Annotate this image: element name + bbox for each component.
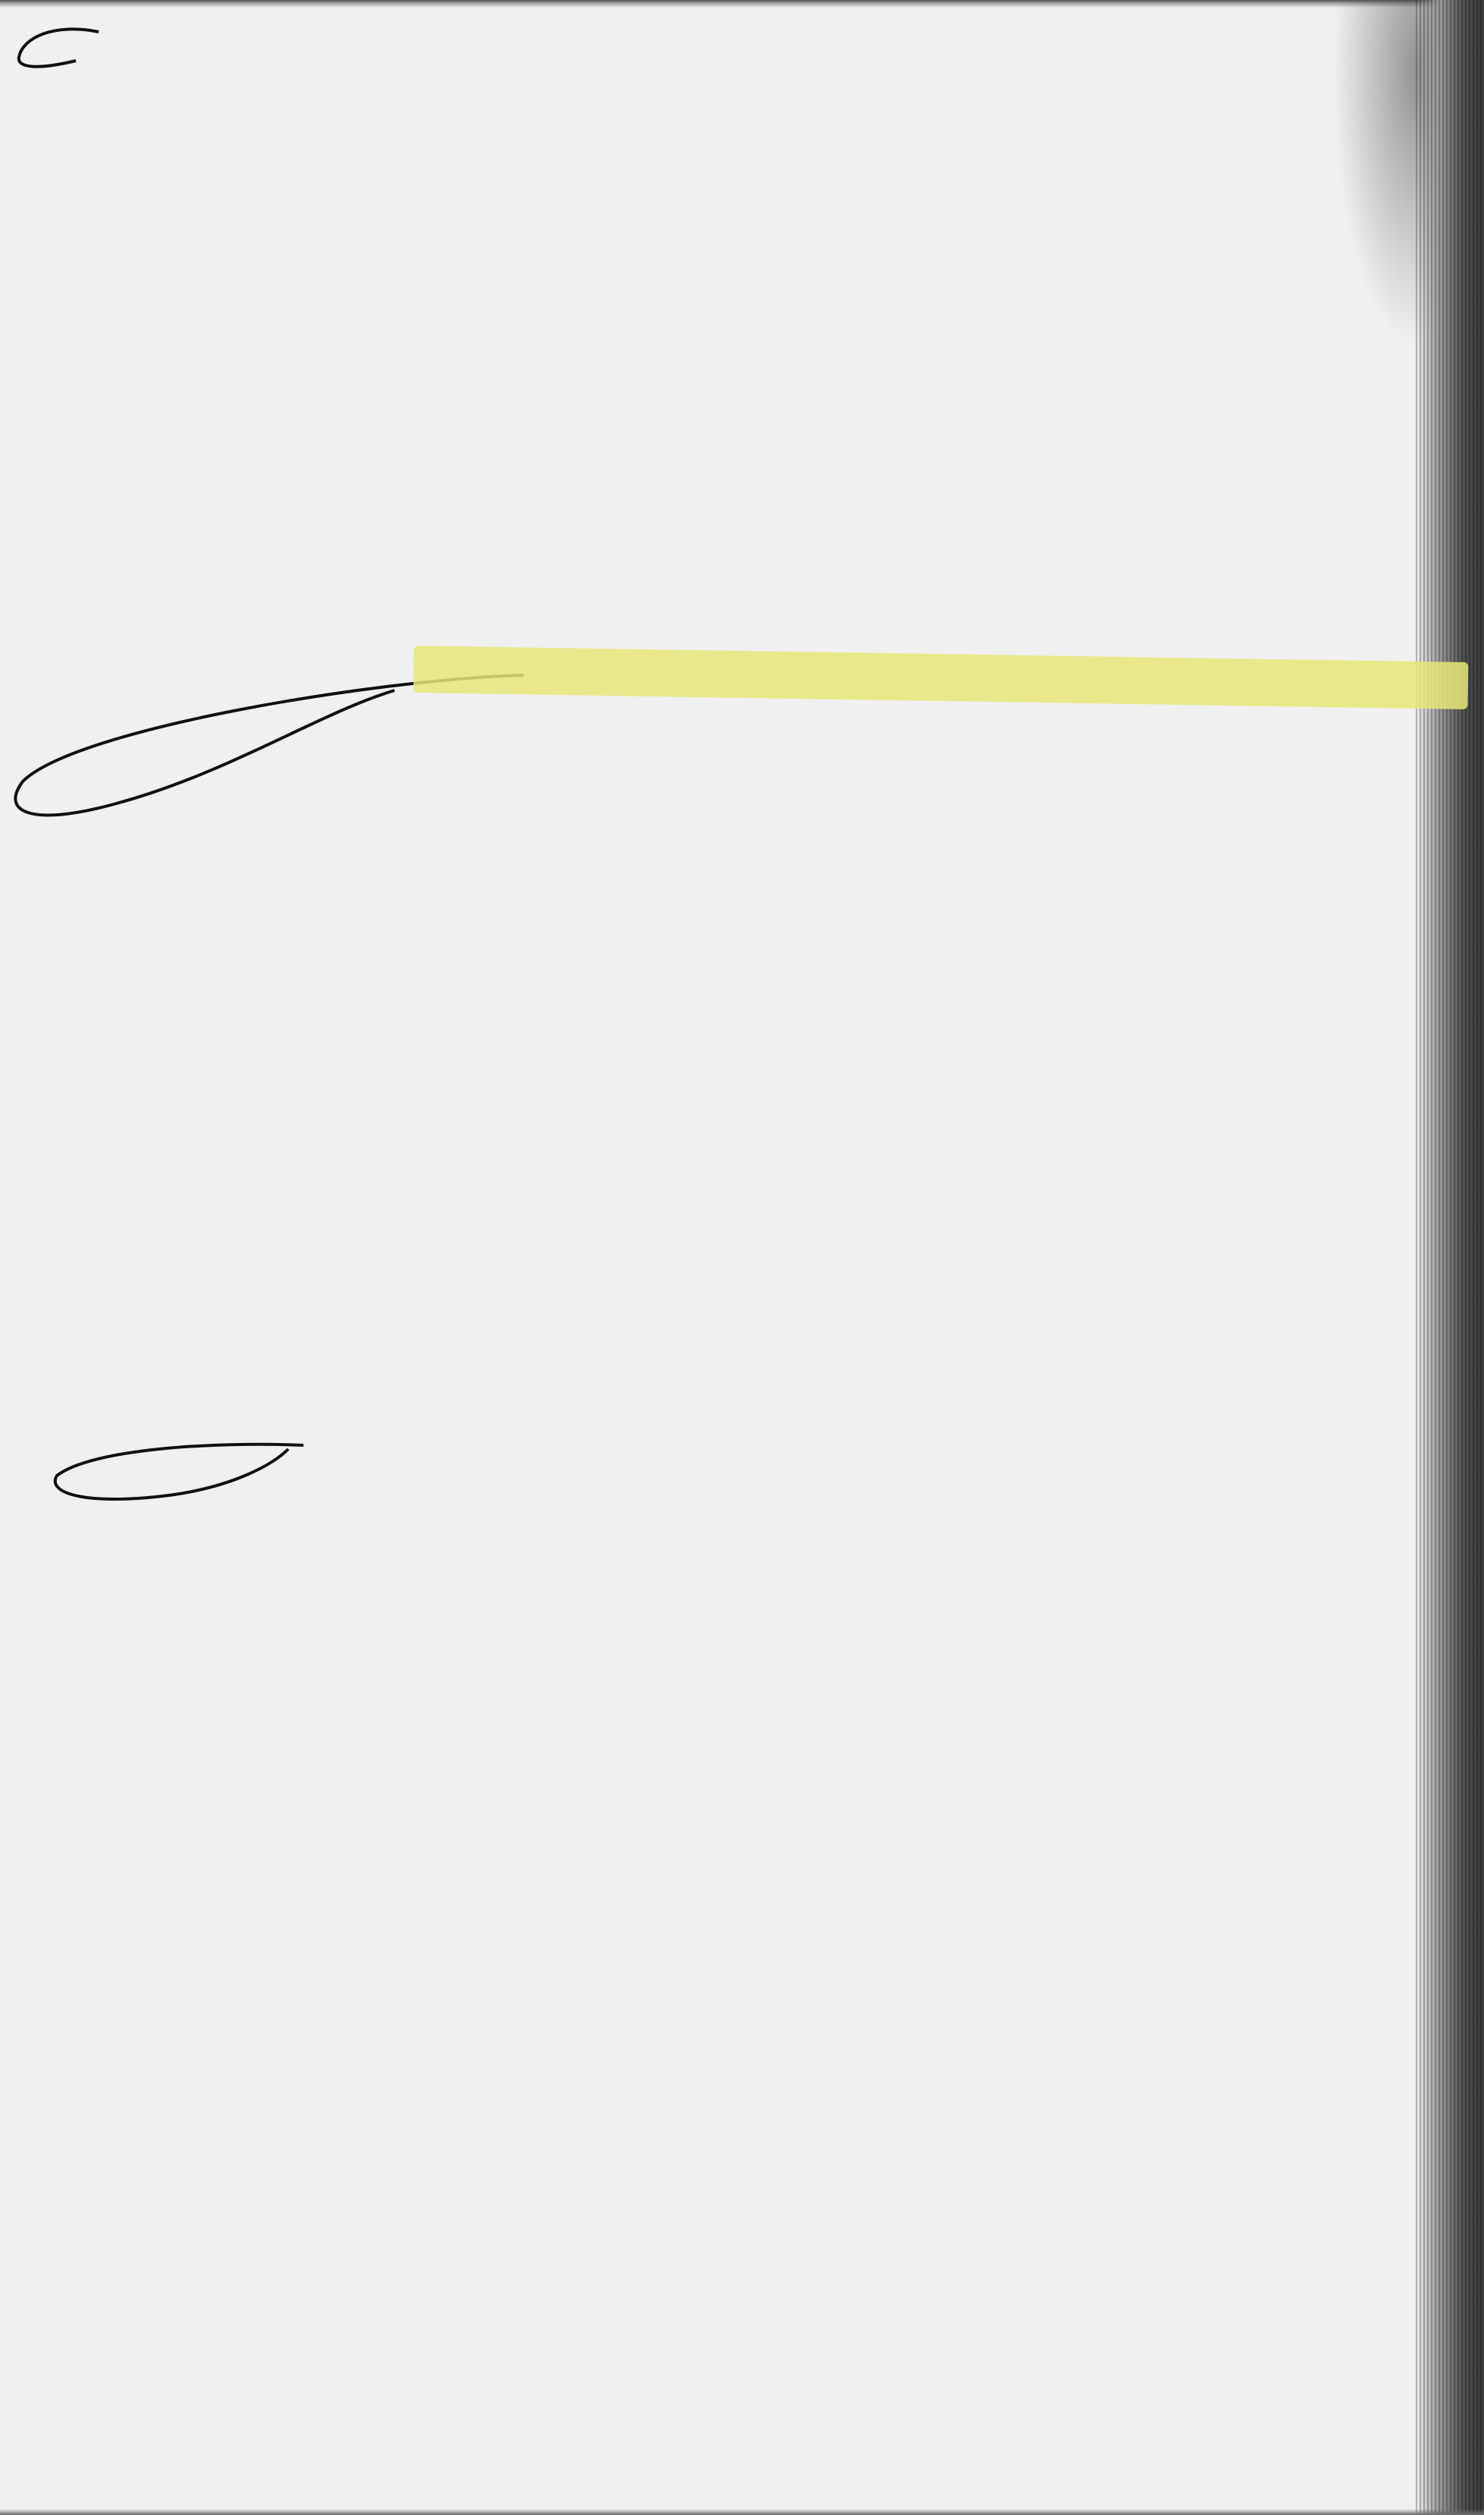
defendant-flourish-icon xyxy=(0,668,531,850)
heading-flourish-icon xyxy=(8,15,159,76)
scan-top-edge xyxy=(0,0,1484,8)
scan-bottom-edge xyxy=(0,2509,1484,2515)
yellow-highlight xyxy=(413,646,1469,709)
scan-right-edge xyxy=(1416,0,1484,2515)
eisch-flourish-icon xyxy=(46,1434,319,1517)
scanned-document-page xyxy=(0,0,1484,2515)
